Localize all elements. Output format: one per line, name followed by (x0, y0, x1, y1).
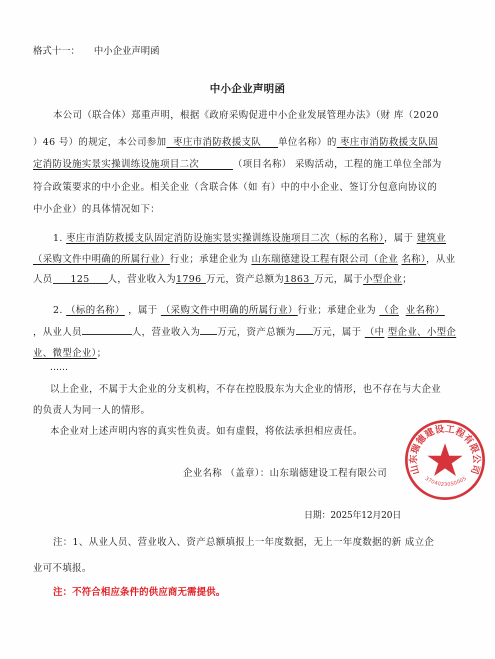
statement-2: 本企业对上述声明内容的真实性负责。如有虚假，将依法承担相应责任。 (50, 423, 363, 437)
item-1-industry-note: （采购文件中明确的所属行业） (33, 254, 170, 265)
note-1-line-2: 业可不填报。 (33, 560, 92, 574)
ellipsis: …… (50, 363, 68, 373)
item-1-subject: 枣庄市消防救援支队固定消防设施实景实操训练设施项目二次（标的名称） (66, 233, 384, 244)
statement-1-line-1: 以上企业，不属于大企业的分支机构，不存在控股股东为大企业的情形，也不存在与大企业 (50, 381, 441, 395)
signature-line: 企业名称 （盖章）：山东瑞德建设工程有限公司 (183, 465, 387, 479)
item-2-company-a: （企 (379, 305, 399, 316)
red-note: 注：不符合相应条件的供应商无需提供。 (53, 584, 225, 598)
item-1-company: 山东瑞德建设工程有限公司（企业 (251, 254, 398, 265)
intro-line-2: ）46 号）的规定，本公司参加 枣庄市消防救援支队 单位名称）的 枣庄市消防救援… (33, 134, 438, 148)
project-name-field-end: 定消防设施实景实操训练设施项目二次 (33, 159, 233, 170)
signature-label: 企业名称 （盖章）： (183, 468, 270, 479)
item-1-assets-value: 1863 (284, 274, 314, 284)
project-name-field-start: 枣庄市消防救援支队固 (337, 137, 438, 148)
svg-text:3704023050005: 3704023050005 (424, 476, 468, 488)
document-page: 格式十一：中小企业声明函 中小企业声明函 本公司（联合体）郑重声明，根据《政府采… (0, 0, 495, 659)
format-label-name: 中小企业声明函 (94, 46, 160, 57)
item-2-line-1: 2. （标的名称） ，属于 （采购文件中明确的所属行业）行业；承建企业为 （企 … (53, 302, 445, 316)
item-2-size-c: 业、微型企业） (33, 348, 97, 359)
intro-line-3: 定消防设施实景实操训练设施项目二次 （项目名称） 采购活动，工程的施工单位全部为 (33, 156, 442, 170)
item-1-staff-value: 125 (53, 274, 108, 284)
item-2-assets-blank (296, 325, 313, 335)
seal-serial: 3704023050005 (424, 476, 468, 488)
item-1-line-3: 人员125人，营业收入为1796万元，资产总额为1863万元，属于小型企业； (33, 271, 412, 285)
note-1-line-1: 注：1、从业人员、营业收入、资产总额填报上一年度数据，无上一年度数据的新 成立企 (53, 534, 434, 548)
item-2-size-a: （中 (365, 327, 385, 338)
intro-line-5: 中小企业）的具体情况如下： (33, 201, 160, 215)
date-label: 日期： (304, 511, 330, 521)
date-value: 2025年12月20日 (330, 511, 401, 521)
statement-1-line-2: 的负责人为同一人的情形。 (33, 402, 150, 416)
item-2-line-2: ，从业人员人，营业收入为万元，资产总额为万元，属于 （中 型企业、小型企 (33, 324, 456, 338)
item-1-revenue-value: 1796 (176, 274, 206, 284)
item-2-staff-blank (82, 325, 132, 335)
item-1-industry: 建筑业 (417, 233, 446, 244)
intro-line-1: 本公司（联合体）郑重声明，根据《政府采购促进中小企业发展管理办法》（财 库（20… (53, 107, 439, 121)
unit-name-field: 枣庄市消防救援支队 (166, 137, 278, 148)
company-seal-icon: 山东瑞德建设工程有限公司 3704023050005 (403, 418, 487, 502)
item-1-size: 小型企业 (363, 274, 402, 285)
item-1-line-1: 1. 枣庄市消防救援支队固定消防设施实景实操训练设施项目二次（标的名称），属于 … (53, 230, 446, 244)
format-label-prefix: 格式十一： (33, 46, 80, 57)
item-2-industry: （采购文件中明确的所属行业） (161, 305, 298, 316)
item-2-line-3: 业、微型企业）； (33, 345, 107, 359)
item-2-revenue-blank (200, 325, 217, 335)
page-title: 中小企业声明函 (0, 81, 495, 96)
intro-line-4: 符合政策要求的中小企业。相关企业（含联合体（如 有）中的中小企业、签订分包意向协… (33, 179, 437, 193)
item-1-line-2: （采购文件中明确的所属行业）行业；承建企业为 山东瑞德建设工程有限公司（企业 名… (33, 251, 455, 265)
item-2-subject: （标的名称） (66, 305, 125, 316)
item-2-size-b: 型企业、小型企 (388, 327, 456, 338)
item-2-company-b: 业名称） (406, 305, 445, 316)
date-line: 日期：2025年12月20日 (304, 508, 401, 521)
format-label: 格式十一：中小企业声明函 (33, 43, 160, 57)
signature-company: 山东瑞德建设工程有限公司 (270, 468, 387, 479)
